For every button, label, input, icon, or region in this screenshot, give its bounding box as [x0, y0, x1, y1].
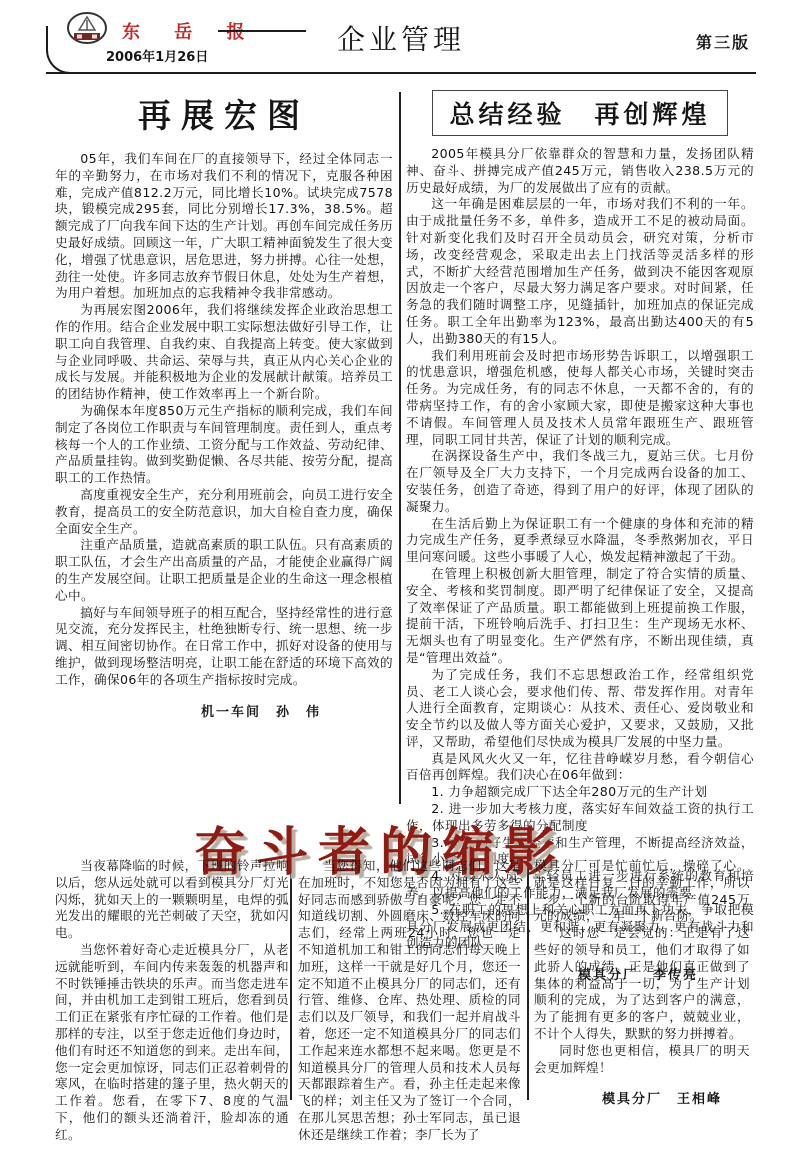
paragraph: 05年，我们车间在厂的直接领导下，经过全体同志一年的辛勤努力，在市场对我们不利的…: [55, 151, 393, 302]
paragraph: 注重产品质量，造就高素质的职工队伍。只有高素质的职工队伍，才会生产出高质量的产品…: [55, 537, 393, 604]
paragraph: 当夜幕降临的时候，下班的铃声拉响以后，您从远处就可以看到模具分厂灯光闪烁，犹如天…: [55, 858, 289, 942]
paragraph: 同时您也更相信，模具厂的明天会更加辉煌！: [534, 1043, 750, 1077]
paragraph: 搞好与车间领导班子的相互配合，坚持经常性的进行意见交流，充分发挥民主，杜绝独断专…: [55, 605, 393, 689]
byline: 机一车间 孙 伟: [55, 701, 393, 720]
column-divider: [290, 858, 292, 1100]
paragraph: 真是风风火火又一年，忆往昔峥嵘岁月愁，看今朝信心百倍再创辉煌。我们决心在06年做…: [406, 751, 754, 785]
list-item: 1. 力争超额完成厂下达全年280万元的生产计划: [406, 784, 754, 801]
paragraph: 这一年确是困难层层的一年，市场对我们不利的一年。由于成批量任务不多，单件多，造成…: [406, 196, 754, 347]
feature-column-1: 当夜幕降临的时候，下班的铃声拉响以后，您从远处就可以看到模具分厂灯光闪烁，犹如天…: [55, 858, 289, 1144]
paragraph: 在涡探设备生产中，我们冬战三九，夏站三伏。七月份在厂领导及全厂大力支持下，一个月…: [406, 448, 754, 515]
paragraph: 在管理上积极创新大胆管理，制定了符合实情的质量、安全、考核和奖罚制度。即严明了纪…: [406, 566, 754, 667]
paragraph: 这时您一定会觉的：正是有了这些好的领导和员工，他们才取得了如此骄人的成绩。正是他…: [534, 925, 750, 1043]
paragraph: 当您得知，他们这些同志们，这是在加班时，不知您是否因为拥有了这些好同志而感到骄傲…: [298, 858, 521, 1144]
section-title: 企业管理: [46, 18, 756, 58]
article-title-box: 总结经验 再创辉煌: [406, 90, 754, 136]
paragraph: 在生活后勤上为保证职工有一个健康的身体和充沛的精力完成生产任务，夏季煮绿豆水降温…: [406, 516, 754, 566]
article-zaizhanhongtu: 再展宏图 05年，我们车间在厂的直接领导下，经过全体同志一年的辛勤努力，在市场对…: [55, 88, 393, 720]
masthead: 东 岳 报 2006年1月26日 企业管理 第三版: [46, 10, 756, 74]
paragraph: 当您怀着好奇心走近模具分厂，从老远就能听到，车间内传来轰轰的机器声和不时铁锤捶击…: [55, 942, 289, 1144]
newspaper-page: 东 岳 报 2006年1月26日 企业管理 第三版 再展宏图 05年，我们车间在…: [0, 0, 800, 1169]
feature-column-3: 模具分厂可是忙前忙后，操碎了心。就是这样日复一日的辛勤工作，所以一步一个新的台阶…: [534, 858, 750, 1107]
column-divider: [399, 92, 401, 804]
paragraph: 2005年模具分厂依靠群众的智慧和力量，发扬团队精神、奋斗、拼搏完成产值245万…: [406, 146, 754, 196]
edition-label: 第三版: [696, 30, 750, 53]
paragraph: 为再展宏图2006年，我们将继续发挥企业政治思想工作的作用。结合企业发展中职工实…: [55, 302, 393, 403]
feature-column-2: 当您得知，他们这些同志们，这是在加班时，不知您是否因为拥有了这些好同志而感到骄傲…: [298, 858, 521, 1144]
paragraph: 我们利用班前会及时把市场形势告诉职工，以增强职工的忧患意识，增强危机感，使每人都…: [406, 348, 754, 449]
paragraph: 模具分厂可是忙前忙后，操碎了心。就是这样日复一日的辛勤工作，所以一步一个新的台阶…: [534, 858, 750, 925]
paragraph: 高度重视安全生产，充分利用班前会，向员工进行安全教育，提高员工的安全防范意识，加…: [55, 487, 393, 537]
byline: 模具分厂 王相峰: [534, 1088, 750, 1107]
paragraph: 为了完成任务，我们不忘思想政治工作，经常组织党员、老工人谈心会，要求他们传、帮、…: [406, 667, 754, 751]
paragraph: 为确保本年度850万元生产指标的顺利完成，我们车间制定了各岗位工作职责与车间管理…: [55, 403, 393, 487]
article-title: 再展宏图: [55, 90, 393, 137]
article-title: 总结经验 再创辉煌: [432, 90, 727, 136]
